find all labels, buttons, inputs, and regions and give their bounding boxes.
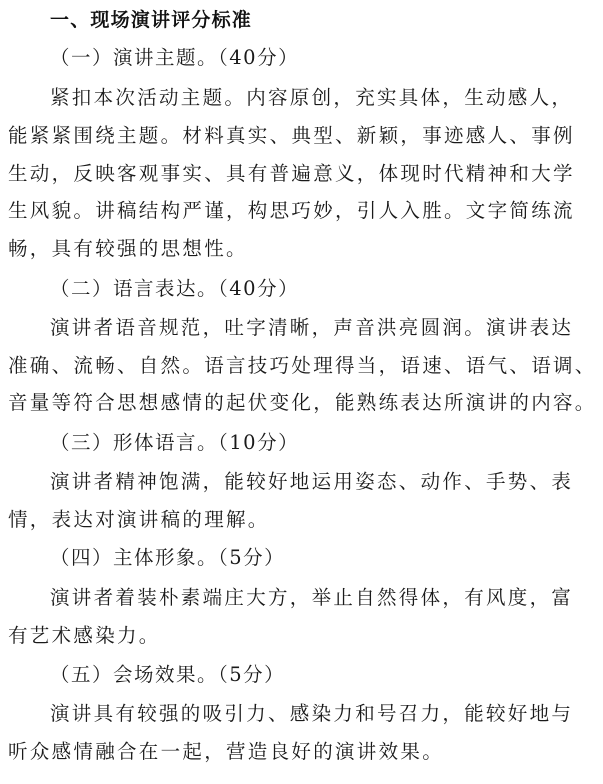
paragraph-line: 生风貌。讲稿结构严谨，构思巧妙，引人入胜。文字简练流 [8, 199, 575, 223]
paragraph-line: 演讲者精神饱满，能较好地运用姿态、动作、手势、表 [50, 470, 573, 494]
section-heading-5: （五）会场效果。（5分） [50, 663, 285, 687]
paragraph-line: 演讲者语音规范，吐字清晰，声音洪亮圆润。演讲表达 [50, 316, 573, 340]
section-heading-1: （一）演讲主题。（40分） [50, 46, 299, 70]
section-heading-3: （三）形体语言。（10分） [50, 431, 299, 455]
paragraph-line: 演讲者着装朴素端庄大方，举止自然得体，有风度，富 [50, 586, 573, 610]
paragraph-line: 生动，反映客观事实、具有普遍意义，体现时代精神和大学 [8, 162, 575, 186]
paragraph-line: 畅，具有较强的思想性。 [8, 237, 248, 261]
paragraph-line: 准确、流畅、自然。语言技巧处理得当，语速、语气、语调、 [8, 354, 597, 378]
paragraph-line: 紧扣本次活动主题。内容原创，充实具体，生动感人， [50, 86, 573, 110]
paragraph-line: 情，表达对演讲稿的理解。 [8, 508, 270, 532]
paragraph-line: 能紧紧围绕主题。材料真实、典型、新颖，事迹感人、事例 [8, 124, 575, 148]
section-heading-2: （二）语言表达。（40分） [50, 277, 299, 301]
section-heading-4: （四）主体形象。（5分） [50, 546, 285, 570]
paragraph-line: 有艺术感染力。 [8, 624, 161, 648]
paragraph-line: 演讲具有较强的吸引力、感染力和号召力，能较好地与 [50, 702, 573, 726]
paragraph-line: 音量等符合思想感情的起伏变化，能熟练表达所演讲的内容。 [8, 391, 597, 415]
page-title: 一、现场演讲评分标准 [50, 8, 252, 32]
paragraph-line: 听众感情融合在一起，营造良好的演讲效果。 [8, 740, 444, 764]
